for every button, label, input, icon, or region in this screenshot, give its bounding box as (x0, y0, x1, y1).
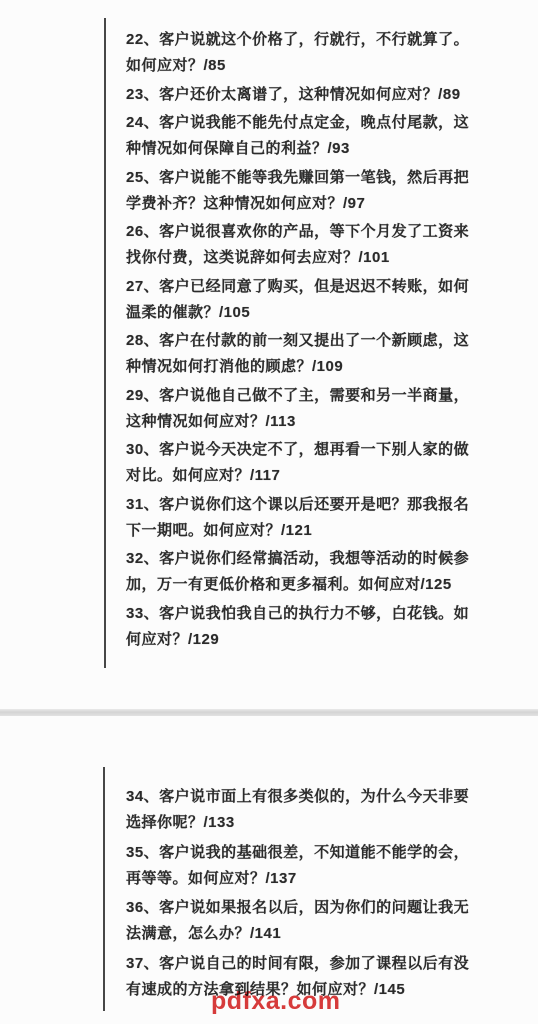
toc-item: 22、客户说就这个价格了，行就行，不行就算了。如何应对？/85 (126, 27, 506, 79)
toc-line: 选择你呢？/133 (126, 810, 506, 836)
toc-item: 26、客户说很喜欢你的产品，等下个月发了工资来找你付费，这类说辞如何去应对？/1… (126, 219, 506, 271)
toc-item: 29、客户说他自己做不了主，需要和另一半商量，这种情况如何应对？/113 (126, 383, 506, 435)
toc-line: 如何应对？/85 (126, 53, 506, 79)
toc-line: 温柔的催款？/105 (126, 300, 506, 326)
toc-line: 种情况如何保障自己的利益？/93 (126, 136, 506, 162)
toc-line: 种情况如何打消他的顾虑？/109 (126, 354, 506, 380)
toc-line: 再等等。如何应对？/137 (126, 866, 506, 892)
toc-line: 36、客户说如果报名以后，因为你们的问题让我无 (126, 895, 506, 921)
toc-line: 下一期吧。如何应对？/121 (126, 518, 506, 544)
toc-list-page-1: 22、客户说就这个价格了，行就行，不行就算了。如何应对？/8523、客户还价太离… (126, 27, 506, 655)
toc-line: 加，万一有更低价格和更多福利。如何应对/125 (126, 572, 506, 598)
page-separator (0, 709, 538, 716)
toc-line: 32、客户说你们经常搞活动，我想等活动的时候参 (126, 546, 506, 572)
toc-item: 31、客户说你们这个课以后还要开是吧？那我报名下一期吧。如何应对？/121 (126, 492, 506, 544)
toc-item: 24、客户说我能不能先付点定金，晚点付尾款，这种情况如何保障自己的利益？/93 (126, 110, 506, 162)
toc-item: 35、客户说我的基础很差，不知道能不能学的会，再等等。如何应对？/137 (126, 840, 506, 892)
toc-item: 25、客户说能不能等我先赚回第一笔钱，然后再把学费补齐？这种情况如何应对？/97 (126, 165, 506, 217)
toc-item: 23、客户还价太离谱了，这种情况如何应对？/89 (126, 82, 506, 108)
toc-line: 27、客户已经同意了购买，但是迟迟不转账，如何 (126, 274, 506, 300)
toc-line: 这种情况如何应对？/113 (126, 409, 506, 435)
page-left-rule (103, 767, 105, 1011)
toc-item: 27、客户已经同意了购买，但是迟迟不转账，如何温柔的催款？/105 (126, 274, 506, 326)
toc-line: 22、客户说就这个价格了，行就行，不行就算了。 (126, 27, 506, 53)
toc-line: 29、客户说他自己做不了主，需要和另一半商量， (126, 383, 506, 409)
toc-item: 30、客户说今天决定不了，想再看一下别人家的做对比。如何应对？/117 (126, 437, 506, 489)
document-scan: 22、客户说就这个价格了，行就行，不行就算了。如何应对？/8523、客户还价太离… (0, 0, 538, 1024)
toc-line: 33、客户说我怕我自己的执行力不够，白花钱。如 (126, 601, 506, 627)
toc-item: 32、客户说你们经常搞活动，我想等活动的时候参加，万一有更低价格和更多福利。如何… (126, 546, 506, 598)
toc-line: 34、客户说市面上有很多类似的，为什么今天非要 (126, 784, 506, 810)
toc-list-page-2: 34、客户说市面上有很多类似的，为什么今天非要选择你呢？/13335、客户说我的… (126, 784, 506, 1006)
toc-line: 24、客户说我能不能先付点定金，晚点付尾款，这 (126, 110, 506, 136)
toc-item: 33、客户说我怕我自己的执行力不够，白花钱。如何应对？/129 (126, 601, 506, 653)
toc-item: 34、客户说市面上有很多类似的，为什么今天非要选择你呢？/133 (126, 784, 506, 836)
toc-line: 28、客户在付款的前一刻又提出了一个新顾虑，这 (126, 328, 506, 354)
toc-line: 法满意，怎么办？/141 (126, 921, 506, 947)
page-left-rule (104, 18, 106, 668)
toc-item: 28、客户在付款的前一刻又提出了一个新顾虑，这种情况如何打消他的顾虑？/109 (126, 328, 506, 380)
toc-line: 找你付费，这类说辞如何去应对？/101 (126, 245, 506, 271)
toc-line: 25、客户说能不能等我先赚回第一笔钱，然后再把 (126, 165, 506, 191)
watermark-text: pdfxa.com (211, 988, 341, 1014)
toc-line: 35、客户说我的基础很差，不知道能不能学的会， (126, 840, 506, 866)
toc-line: 学费补齐？这种情况如何应对？/97 (126, 191, 506, 217)
toc-line: 26、客户说很喜欢你的产品，等下个月发了工资来 (126, 219, 506, 245)
toc-line: 何应对？/129 (126, 627, 506, 653)
toc-line: 30、客户说今天决定不了，想再看一下别人家的做 (126, 437, 506, 463)
toc-line: 23、客户还价太离谱了，这种情况如何应对？/89 (126, 82, 506, 108)
toc-line: 对比。如何应对？/117 (126, 463, 506, 489)
toc-item: 36、客户说如果报名以后，因为你们的问题让我无法满意，怎么办？/141 (126, 895, 506, 947)
toc-line: 31、客户说你们这个课以后还要开是吧？那我报名 (126, 492, 506, 518)
toc-line: 37、客户说自己的时间有限，参加了课程以后有没 (126, 951, 506, 977)
